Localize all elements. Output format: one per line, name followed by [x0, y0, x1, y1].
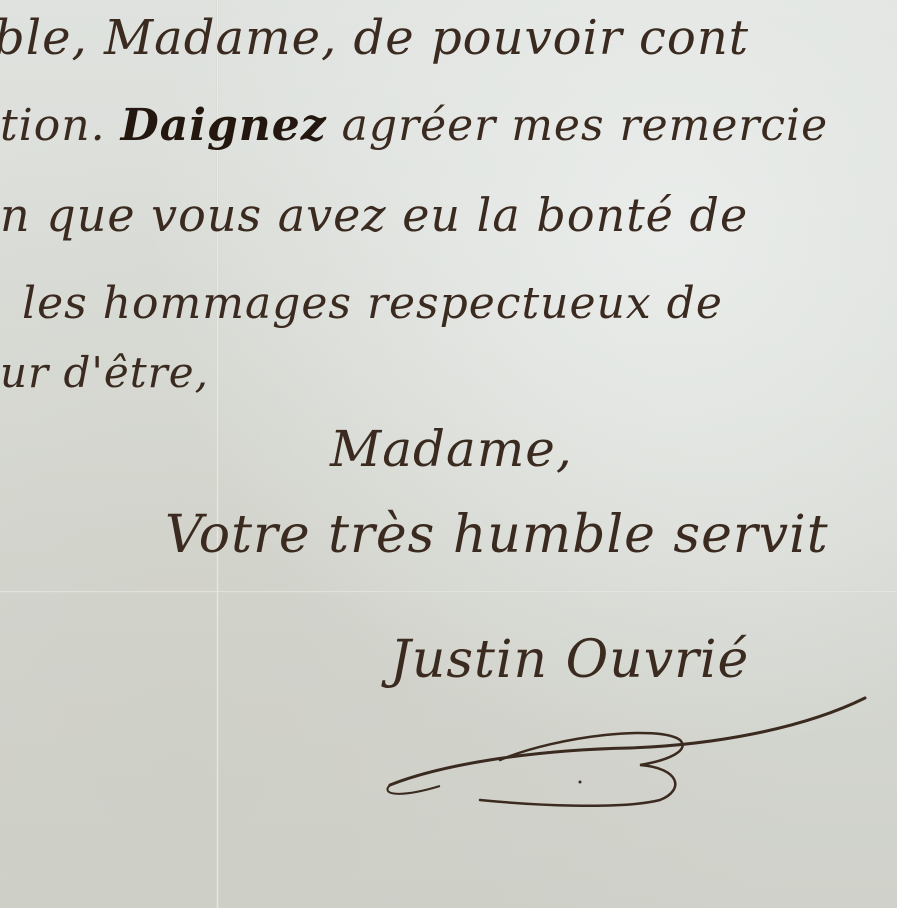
signature: Justin Ouvrié: [390, 630, 749, 690]
letter-line-5: ur d'être,: [0, 348, 209, 397]
letter-line-1: ble, Madame, de pouvoir cont: [0, 10, 749, 66]
emphasized-word: Daignez: [121, 100, 327, 151]
signature-flourish-icon: [380, 690, 880, 820]
letter-line-3: n que vous avez eu la bonté de: [0, 188, 748, 242]
line-2-suffix: agréer mes remercie: [327, 100, 828, 151]
closing-formula: Votre très humble servit: [165, 505, 829, 565]
letter-line-4: les hommages respectueux de: [22, 278, 723, 329]
salutation: Madame,: [330, 420, 573, 478]
paper-fold-horizontal: [0, 590, 897, 593]
line-2-prefix: tion.: [0, 100, 121, 151]
letter-line-2: tion. Daignez agréer mes remercie: [0, 100, 828, 151]
